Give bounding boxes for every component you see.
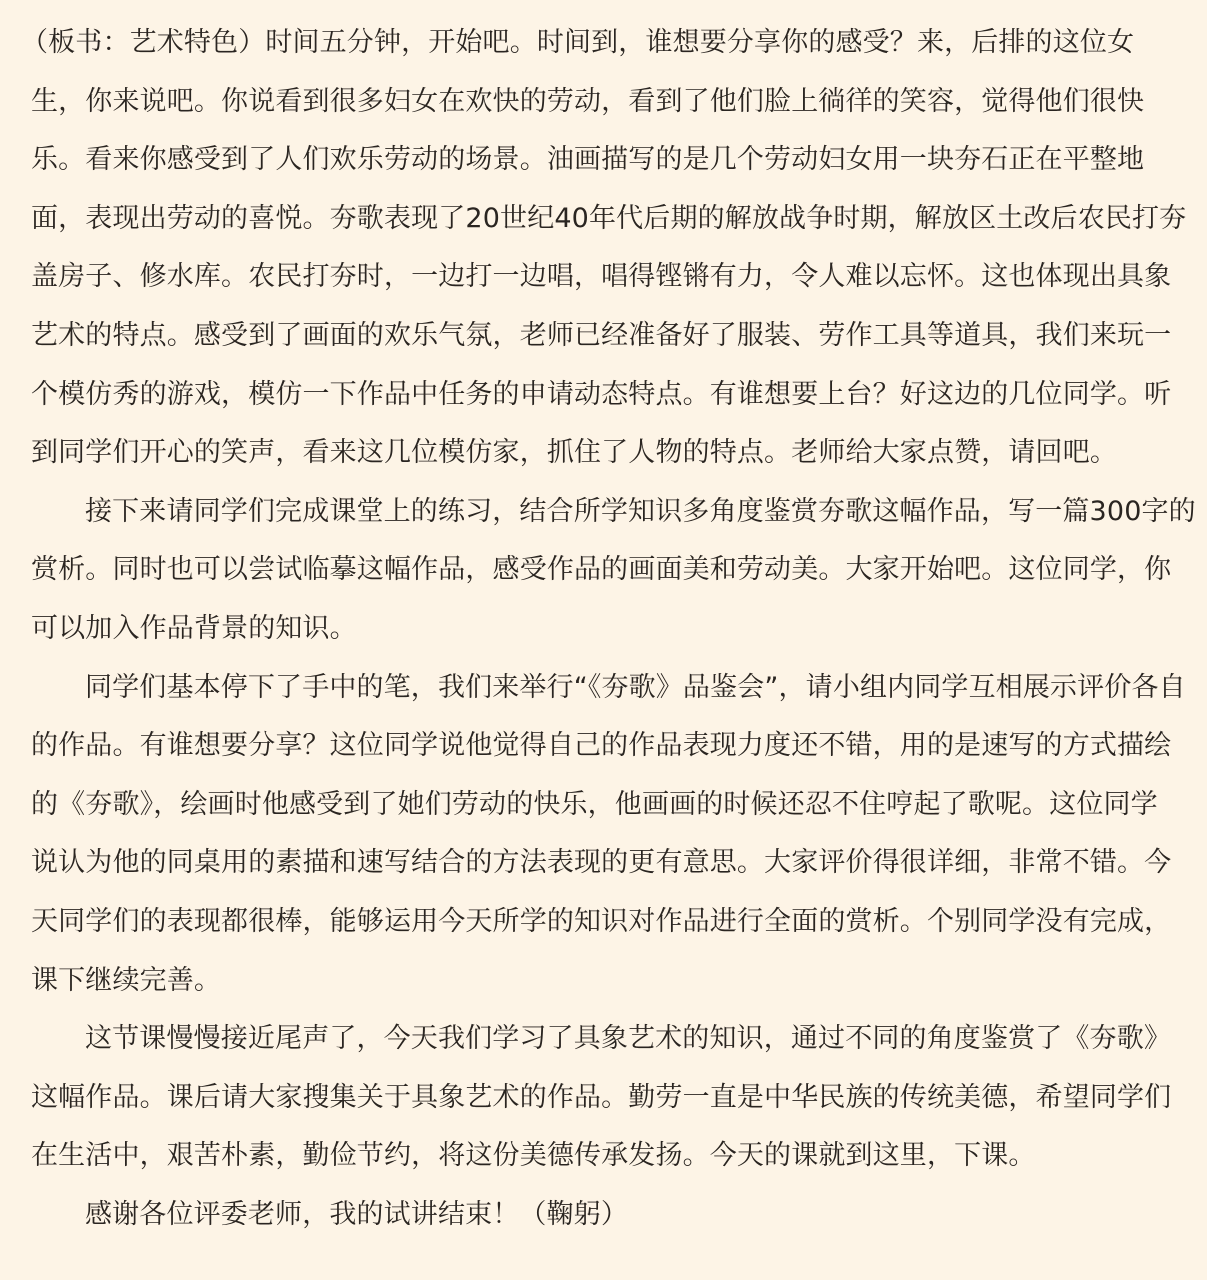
text-line: 可以加入作品背景的知识。 [31, 600, 1191, 659]
text-line: 接下来请同学们完成课堂上的练习，结合所学知识多角度鉴赏夯歌这幅作品，写一篇300… [31, 483, 1191, 542]
paragraph-5-closing: 感谢各位评委老师，我的试讲结束！（鞠躬） [31, 1186, 1191, 1245]
text-line: 盖房子、修水库。农民打夯时，一边打一边唱，唱得铿锵有力，令人难以忘怀。这也体现出… [31, 248, 1191, 307]
text-line: 这幅作品。课后请大家搜集关于具象艺术的作品。勤劳一直是中华民族的传统美德，希望同… [31, 1069, 1191, 1128]
text-line: 到同学们开心的笑声，看来这几位模仿家，抓住了人物的特点。老师给大家点赞，请回吧。 [31, 424, 1191, 483]
text-line: 的《夯歌》，绘画时他感受到了她们劳动的快乐，他画画的时候还忍不住哼起了歌呢。这位… [31, 776, 1191, 835]
paragraph-1: （板书：艺术特色）时间五分钟，开始吧。时间到，谁想要分享你的感受？来，后排的这位… [31, 14, 1191, 483]
text-line: 赏析。同时也可以尝试临摹这幅作品，感受作品的画面美和劳动美。大家开始吧。这位同学… [31, 541, 1191, 600]
paragraph-2: 接下来请同学们完成课堂上的练习，结合所学知识多角度鉴赏夯歌这幅作品，写一篇300… [31, 483, 1191, 659]
text-line: 感谢各位评委老师，我的试讲结束！（鞠躬） [31, 1186, 1191, 1245]
text-line: 生，你来说吧。你说看到很多妇女在欢快的劳动，看到了他们脸上徜徉的笑容，觉得他们很… [31, 73, 1191, 132]
text-line: 面，表现出劳动的喜悦。夯歌表现了20世纪40年代后期的解放战争时期，解放区土改后… [31, 190, 1191, 249]
text-line: 天同学们的表现都很棒，能够运用今天所学的知识对作品进行全面的赏析。个别同学没有完… [31, 893, 1191, 952]
text-line: 乐。看来你感受到了人们欢乐劳动的场景。油画描写的是几个劳动妇女用一块夯石正在平整… [31, 131, 1191, 190]
text-line: 艺术的特点。感受到了画面的欢乐气氛，老师已经准备好了服装、劳作工具等道具，我们来… [31, 307, 1191, 366]
text-line: 在生活中，艰苦朴素，勤俭节约，将这份美德传承发扬。今天的课就到这里，下课。 [31, 1127, 1191, 1186]
text-line: 说认为他的同桌用的素描和速写结合的方法表现的更有意思。大家评价得很详细，非常不错… [31, 834, 1191, 893]
text-line: 同学们基本停下了手中的笔，我们来举行“《夯歌》品鉴会”，请小组内同学互相展示评价… [31, 659, 1191, 718]
text-line: 课下继续完善。 [31, 952, 1191, 1011]
text-line: （板书：艺术特色）时间五分钟，开始吧。时间到，谁想要分享你的感受？来，后排的这位… [21, 14, 1191, 73]
text-line: 的作品。有谁想要分享？这位同学说他觉得自己的作品表现力度还不错，用的是速写的方式… [31, 717, 1191, 776]
text-line: 这节课慢慢接近尾声了，今天我们学习了具象艺术的知识，通过不同的角度鉴赏了《夯歌》 [31, 1010, 1191, 1069]
text-line: 个模仿秀的游戏，模仿一下作品中任务的申请动态特点。有谁想要上台？好这边的几位同学… [31, 366, 1191, 425]
document-page: （板书：艺术特色）时间五分钟，开始吧。时间到，谁想要分享你的感受？来，后排的这位… [31, 14, 1191, 1244]
paragraph-3: 同学们基本停下了手中的笔，我们来举行“《夯歌》品鉴会”，请小组内同学互相展示评价… [31, 659, 1191, 1011]
paragraph-4: 这节课慢慢接近尾声了，今天我们学习了具象艺术的知识，通过不同的角度鉴赏了《夯歌》… [31, 1010, 1191, 1186]
